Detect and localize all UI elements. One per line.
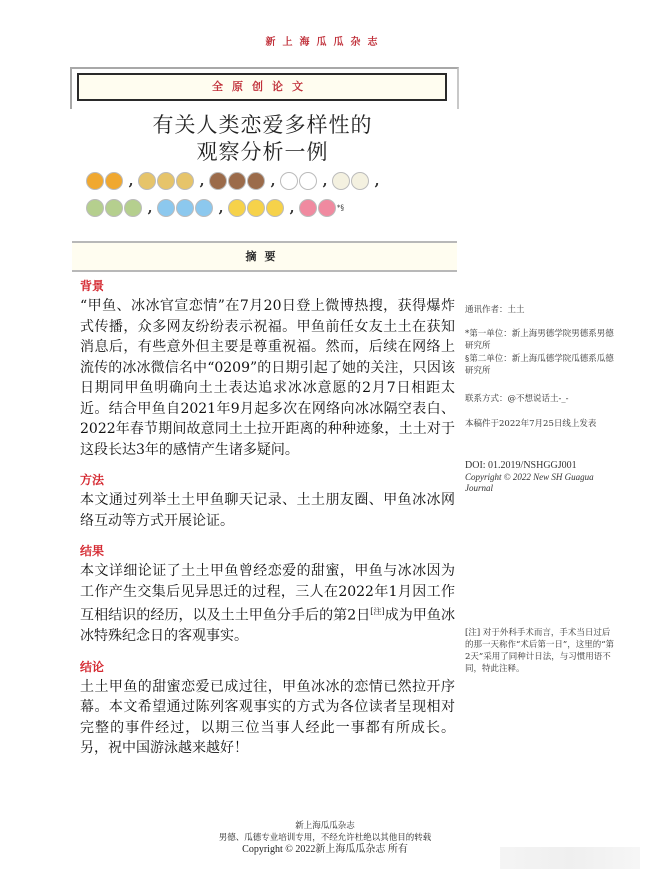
- eyes-icon: [280, 172, 298, 190]
- article-type-banner: 全原创论文: [77, 73, 447, 101]
- section-text: “甲鱼、冰冰官宣恋情”在7月20日登上微博热搜，获得爆炸式传播，众多网友纷纷表示…: [80, 296, 455, 460]
- frog-icon: [86, 199, 104, 217]
- egg-on-plate-icon: [105, 172, 123, 190]
- cat-icon: [138, 172, 156, 190]
- cat-icon: [157, 172, 175, 190]
- watermark-blur: [500, 847, 640, 869]
- pink-character-icon: [318, 199, 336, 217]
- section-heading: 结论: [80, 659, 455, 675]
- dog-photo-icon: [247, 172, 265, 190]
- author-emoji-list: ,,,,, ,,,*§: [86, 168, 466, 222]
- title-line-2: 观察分析一例: [70, 139, 455, 166]
- contact-info: 联系方式：@不想说话土-_-: [465, 393, 615, 405]
- smiley-face-icon: [228, 199, 246, 217]
- affiliation-2: §第二单位：新上海瓜德学院瓜德系瓜德研究所: [465, 353, 615, 377]
- section-results: 结果 本文详细论证了土土甲鱼曾经恋爱的甜蜜，甲鱼与冰冰因为工作产生交集后见异思迁…: [80, 543, 455, 647]
- cat-icon: [176, 172, 194, 190]
- doi: DOI: 01.2019/NSHGGJ001: [465, 460, 615, 472]
- dog-photo-icon: [209, 172, 227, 190]
- copyright-notice: Copyright © 2022 New SH Guagua Journal: [465, 472, 615, 494]
- footer-usage-notice: 男德、瓜德专业培训专用，不经允许杜绝以其他目的转载: [0, 832, 650, 844]
- eyes-icon: [299, 172, 317, 190]
- separator: ,: [124, 168, 138, 195]
- footnote: [注] 对于外科手术而言，手术当日过后的那一天称作“术后第一日”，这里的“第2天…: [465, 627, 615, 675]
- section-text: 本文详细论证了土土甲鱼曾经恋爱的甜蜜，甲鱼与冰冰因为工作产生交集后见异思迁的过程…: [80, 561, 455, 647]
- footer-journal: 新上海瓜瓜杂志: [0, 820, 650, 832]
- section-text: 土土甲鱼的甜蜜恋爱已成过往，甲鱼冰冰的恋情已然拉开序幕。本文希望通过陈列客观事实…: [80, 677, 455, 759]
- separator: ,: [285, 195, 299, 222]
- abstract-body: 背景 “甲鱼、冰冰官宣恋情”在7月20日登上微博热搜，获得爆炸式传播，众多网友纷…: [80, 278, 455, 759]
- author-emoji-row-2: ,,,*§: [86, 195, 466, 222]
- smiley-face-icon: [266, 199, 284, 217]
- dog-photo-icon: [228, 172, 246, 190]
- section-heading: 方法: [80, 472, 455, 488]
- ice-cube-icon: [157, 199, 175, 217]
- separator: ,: [370, 168, 384, 195]
- frog-icon: [105, 199, 123, 217]
- article-title: 有关人类恋爱多样性的 观察分析一例: [70, 112, 455, 166]
- ice-cube-icon: [176, 199, 194, 217]
- separator: ,: [214, 195, 228, 222]
- waving-duck-icon: [332, 172, 350, 190]
- separator: ,: [266, 168, 280, 195]
- author-emoji-row-1: ,,,,,: [86, 168, 466, 195]
- section-heading: 背景: [80, 278, 455, 294]
- smiley-face-icon: [247, 199, 265, 217]
- publication-date: 本稿件于2022年7月25日线上发表: [465, 418, 615, 430]
- egg-on-plate-icon: [86, 172, 104, 190]
- abstract-heading: 摘要: [72, 241, 457, 272]
- corresponding-author: 通讯作者：土土: [465, 304, 615, 316]
- ice-cube-icon: [195, 199, 213, 217]
- section-heading: 结果: [80, 543, 455, 559]
- title-line-1: 有关人类恋爱多样性的: [70, 112, 455, 139]
- separator: ,: [143, 195, 157, 222]
- affiliation-1: *第一单位：新上海男德学院男德系男德研究所: [465, 328, 615, 352]
- separator: ,: [318, 168, 332, 195]
- waving-duck-icon: [351, 172, 369, 190]
- section-conclusion: 结论 土土甲鱼的甜蜜恋爱已成过往，甲鱼冰冰的恋情已然拉开序幕。本文希望通过陈列客…: [80, 659, 455, 759]
- separator: ,: [195, 168, 209, 195]
- section-methods: 方法 本文通过列举土土甲鱼聊天记录、土土朋友圈、甲鱼冰冰网络互动等方式开展论证。: [80, 472, 455, 531]
- section-text: 本文通过列举土土甲鱼聊天记录、土土朋友圈、甲鱼冰冰网络互动等方式开展论证。: [80, 490, 455, 531]
- frog-icon: [124, 199, 142, 217]
- note-reference[interactable]: [注]: [370, 607, 384, 616]
- section-background: 背景 “甲鱼、冰冰官宣恋情”在7月20日登上微博热搜，获得爆炸式传播，众多网友纷…: [80, 278, 455, 460]
- pink-character-icon: [299, 199, 317, 217]
- affiliation-marks: *§: [337, 204, 344, 212]
- journal-header: 新上海瓜瓜杂志: [0, 33, 650, 48]
